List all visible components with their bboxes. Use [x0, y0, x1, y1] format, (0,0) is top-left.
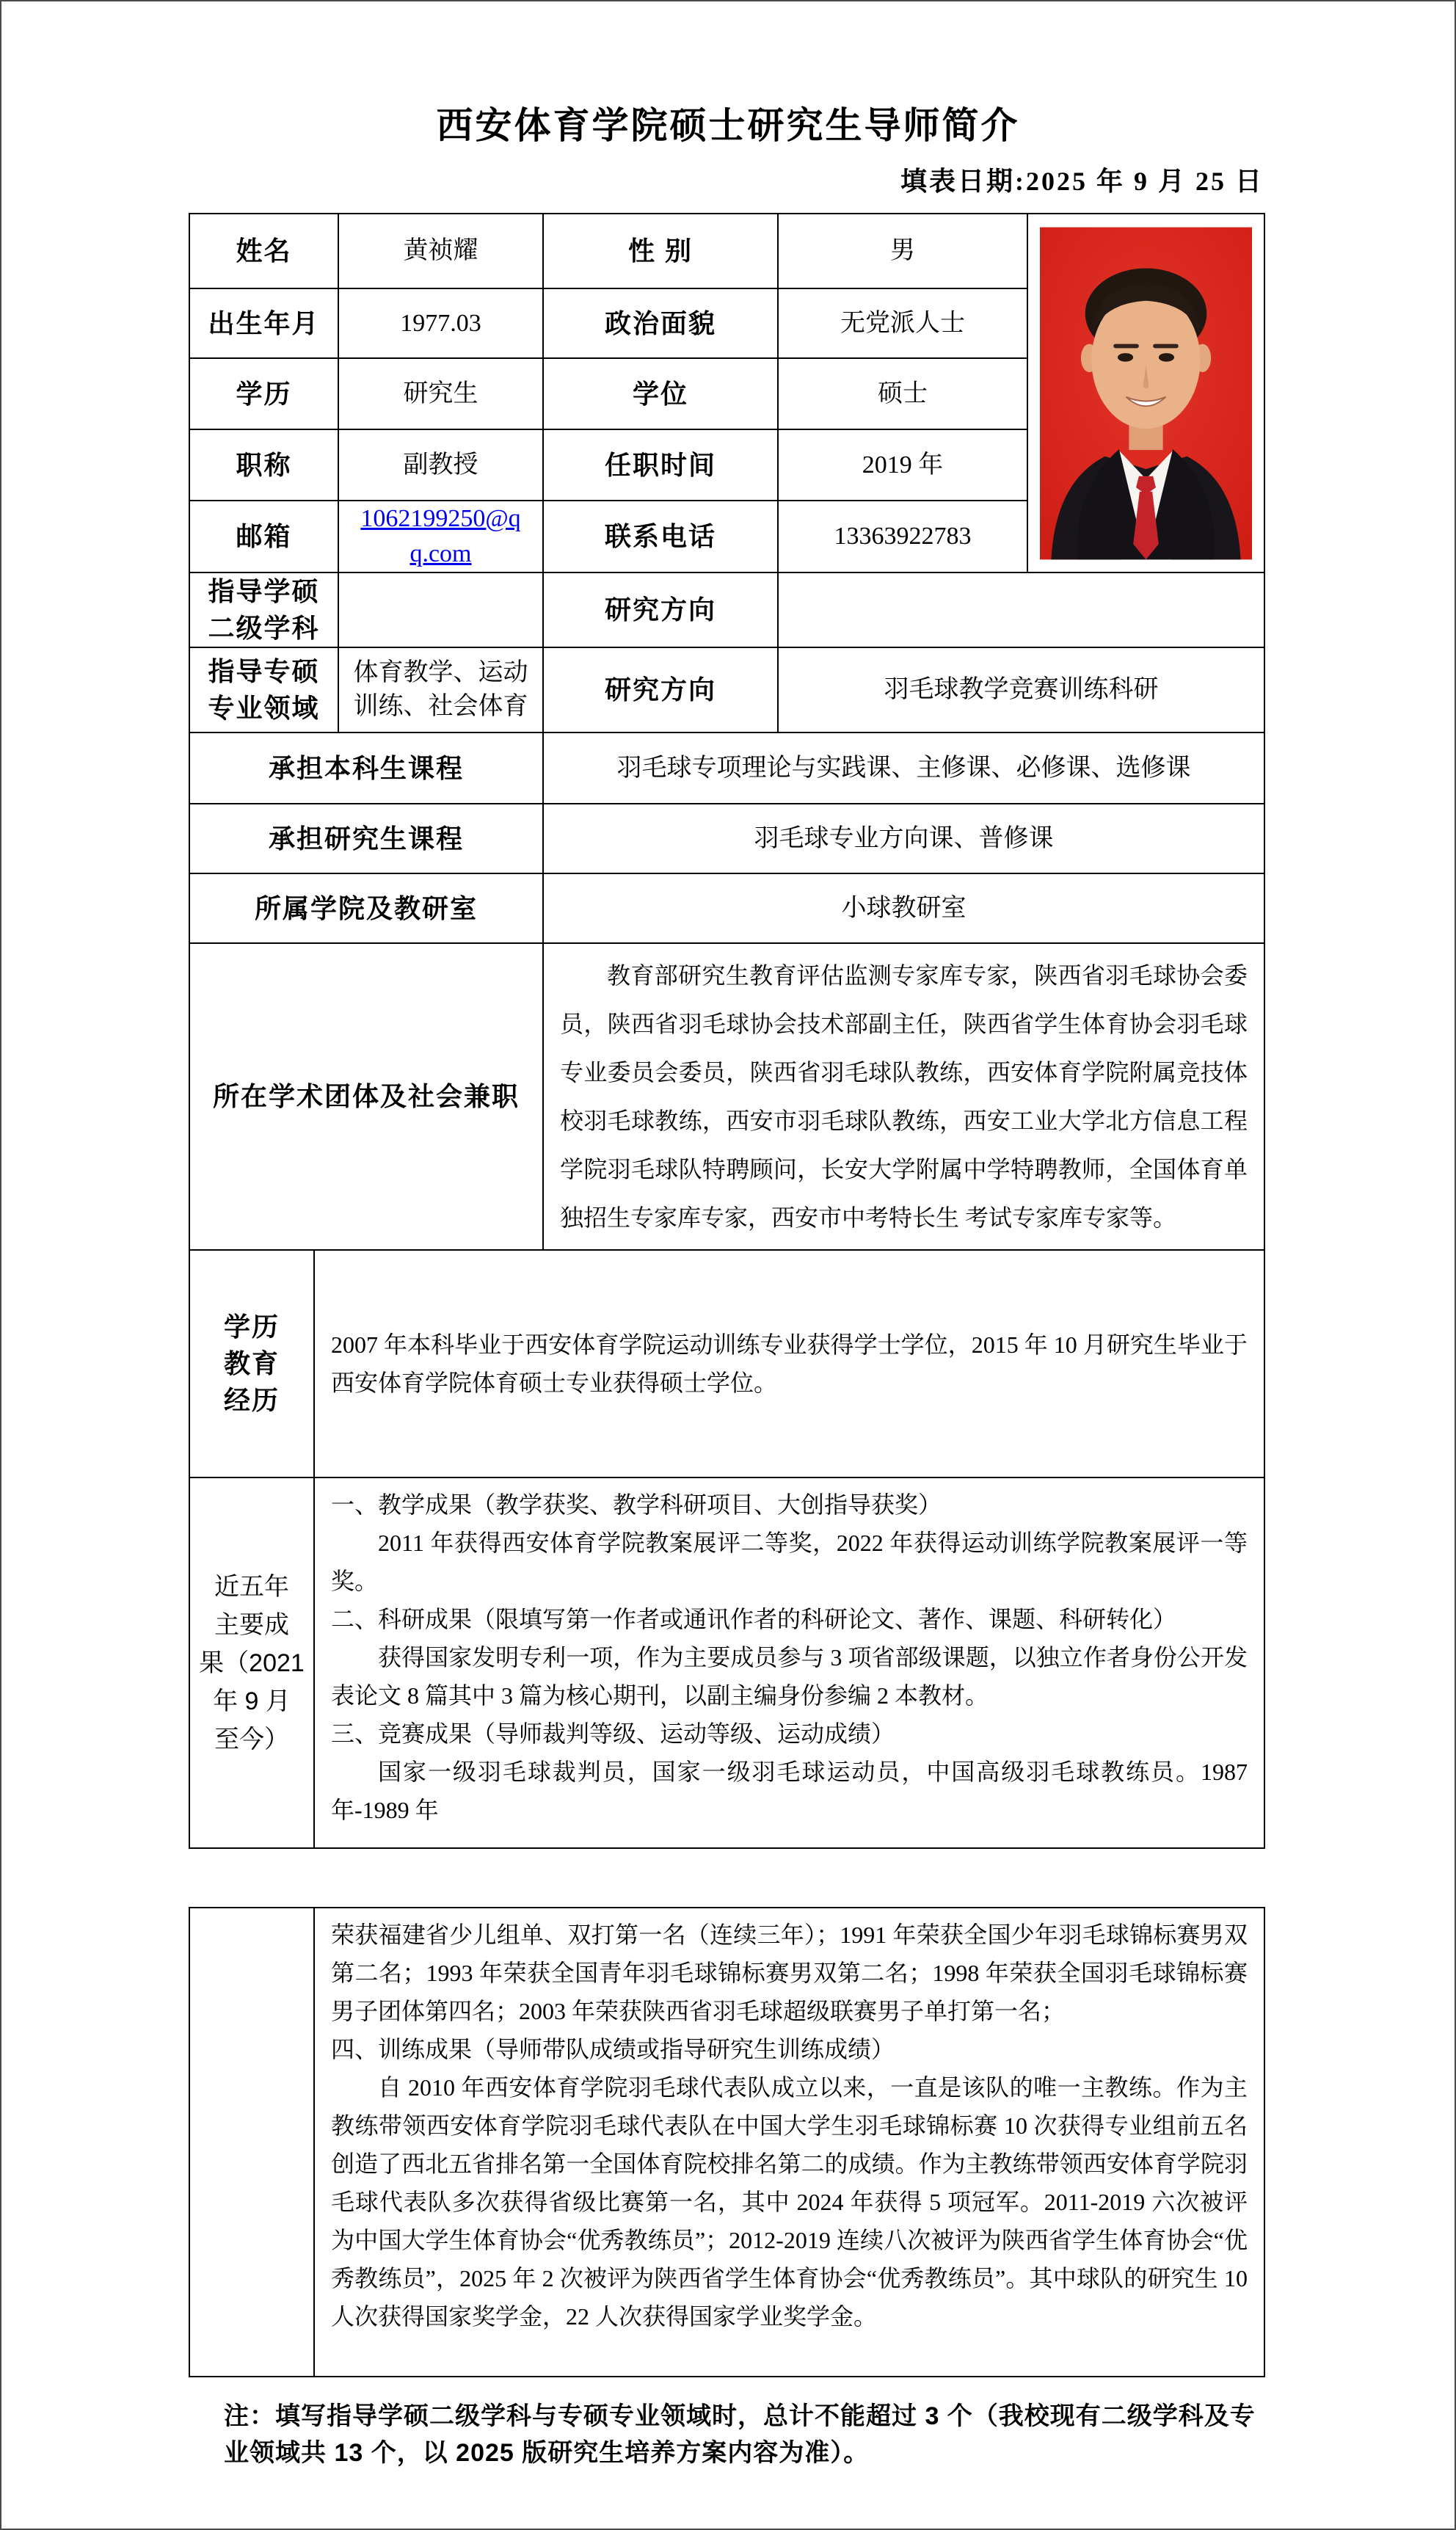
academic-discipline-label: 指导学硕 二级学科 — [189, 572, 338, 647]
footnote: 注：填写指导学硕二级学科与专硕专业领域时，总计不能超过 3 个（我校现有二级学科… — [224, 2398, 1266, 2471]
table-row: 指导专硕 专业领域 体育教学、运动训练、社会体育 研究方向 羽毛球教学竞赛训练科… — [189, 647, 1264, 733]
academic-research-value — [778, 572, 1264, 647]
professional-field-value: 体育教学、运动训练、社会体育 — [338, 647, 543, 733]
birth-label: 出生年月 — [189, 288, 338, 358]
title-value: 副教授 — [338, 429, 543, 501]
achievements-text-block: 一、教学成果（教学获奖、教学科研项目、大创指导获奖） 2011 年获得西安体育学… — [331, 1486, 1248, 1836]
table-row: 承担研究生课程 羽毛球专业方向课、普修课 — [189, 804, 1264, 873]
competition-achievements-continued: 荣获福建省少儿组单、双打第一名（连续三年）；1991 年荣获全国少年羽毛球锦标赛… — [331, 1916, 1248, 2030]
recent-achievements-label: 近五年 主要成 果（2021 年 9 月 至今） — [189, 1477, 314, 1848]
academic-discipline-value — [338, 572, 543, 647]
table-row: 近五年 主要成 果（2021 年 9 月 至今） 一、教学成果（教学获奖、教学科… — [189, 1477, 1264, 1848]
professional-field-label: 指导专硕 专业领域 — [189, 647, 338, 733]
degree-value: 硕士 — [778, 358, 1027, 429]
gender-label: 性 别 — [543, 214, 778, 288]
political-label: 政治面貌 — [543, 288, 778, 358]
undergrad-courses-value: 羽毛球专项理论与实践课、主修课、必修课、选修课 — [543, 733, 1264, 804]
teaching-achievements-body: 2011 年获得西安体育学院教案展评二等奖，2022 年获得运动训练学院教案展评… — [331, 1524, 1248, 1600]
continuation-content: 荣获福建省少儿组单、双打第一名（连续三年）；1991 年荣获全国少年羽毛球锦标赛… — [314, 1908, 1264, 2377]
phone-label: 联系电话 — [543, 501, 778, 572]
title-label: 职称 — [189, 429, 338, 501]
profile-table: 姓名 黄祯耀 性 别 男 — [189, 213, 1265, 1251]
education-history-label: 学历 教育 经历 — [189, 1250, 314, 1477]
teaching-achievements-heading: 一、教学成果（教学获奖、教学科研项目、大创指导获奖） — [331, 1486, 1248, 1524]
department-label: 所属学院及教研室 — [189, 873, 543, 943]
birth-value: 1977.03 — [338, 288, 543, 358]
portrait-photo — [1028, 215, 1264, 572]
table-row: 荣获福建省少儿组单、双打第一名（连续三年）；1991 年荣获全国少年羽毛球锦标赛… — [189, 1908, 1264, 2377]
name-label: 姓名 — [189, 214, 338, 288]
table-row: 所在学术团体及社会兼职 教育部研究生教育评估监测专家库专家，陕西省羽毛球协会委员… — [189, 943, 1264, 1250]
history-table: 学历 教育 经历 2007 年本科毕业于西安体育学院运动训练专业获得学士学位，2… — [189, 1249, 1265, 1849]
degree-label: 学位 — [543, 358, 778, 429]
table-row: 所属学院及教研室 小球教研室 — [189, 873, 1264, 943]
research-achievements-heading: 二、科研成果（限填写第一作者或通讯作者的科研论文、著作、课题、科研转化） — [331, 1600, 1248, 1638]
recent-achievements-content: 一、教学成果（教学获奖、教学科研项目、大创指导获奖） 2011 年获得西安体育学… — [314, 1477, 1264, 1848]
portrait-photo-illustration — [1040, 222, 1252, 564]
document-page: 西安体育学院硕士研究生导师简介 填表日期:2025 年 9 月 25 日 姓名 … — [0, 0, 1456, 2530]
document-content: 填表日期:2025 年 9 月 25 日 姓名 黄祯耀 性 别 男 — [189, 166, 1264, 2471]
gender-value: 男 — [778, 214, 1027, 288]
table-row: 指导学硕 二级学科 研究方向 — [189, 572, 1264, 647]
graduate-courses-value: 羽毛球专业方向课、普修课 — [543, 804, 1264, 873]
affiliations-content: 教育部研究生教育评估监测专家库专家，陕西省羽毛球协会委员，陕西省羽毛球协会技术部… — [543, 943, 1264, 1250]
training-achievements-body: 自 2010 年西安体育学院羽毛球代表队成立以来，一直是该队的唯一主教练。作为主… — [331, 2068, 1248, 2335]
professional-research-label: 研究方向 — [543, 647, 778, 733]
photo-cell — [1027, 214, 1264, 572]
table-row: 学历 教育 经历 2007 年本科毕业于西安体育学院运动训练专业获得学士学位，2… — [189, 1250, 1264, 1477]
competition-achievements-heading: 三、竞赛成果（导师裁判等级、运动等级、运动成绩） — [331, 1715, 1248, 1753]
education-value: 研究生 — [338, 358, 543, 429]
email-link[interactable]: 1062199250@qq.com — [354, 501, 527, 572]
tenure-label: 任职时间 — [543, 429, 778, 501]
training-achievements-heading: 四、训练成果（导师带队成绩或指导研究生训练成绩） — [331, 2030, 1248, 2068]
political-value: 无党派人士 — [778, 288, 1027, 358]
email-label: 邮箱 — [189, 501, 338, 572]
professional-research-value: 羽毛球教学竞赛训练科研 — [778, 647, 1264, 733]
email-cell: 1062199250@qq.com — [338, 501, 543, 572]
continuation-table: 荣获福建省少儿组单、双打第一名（连续三年）；1991 年荣获全国少年羽毛球锦标赛… — [189, 1907, 1265, 2377]
phone-value: 13363922783 — [778, 501, 1027, 572]
continuation-empty-cell — [189, 1908, 314, 2377]
affiliations-label: 所在学术团体及社会兼职 — [189, 943, 543, 1250]
page-title: 西安体育学院硕士研究生导师简介 — [1, 1, 1455, 147]
tenure-value: 2019 年 — [778, 429, 1027, 501]
undergrad-courses-label: 承担本科生课程 — [189, 733, 543, 804]
education-history-content: 2007 年本科毕业于西安体育学院运动训练专业获得学士学位，2015 年 10 … — [314, 1250, 1264, 1477]
page-break-gap — [189, 1849, 1264, 1907]
table-row: 姓名 黄祯耀 性 别 男 — [189, 214, 1264, 288]
competition-achievements-body: 国家一级羽毛球裁判员，国家一级羽毛球运动员，中国高级羽毛球教练员。1987 年-… — [331, 1753, 1248, 1829]
name-value: 黄祯耀 — [338, 214, 543, 288]
fill-date: 填表日期:2025 年 9 月 25 日 — [189, 166, 1264, 197]
graduate-courses-label: 承担研究生课程 — [189, 804, 543, 873]
education-label: 学历 — [189, 358, 338, 429]
academic-research-label: 研究方向 — [543, 572, 778, 647]
table-row: 承担本科生课程 羽毛球专项理论与实践课、主修课、必修课、选修课 — [189, 733, 1264, 804]
department-value: 小球教研室 — [543, 873, 1264, 943]
research-achievements-body: 获得国家发明专利一项，作为主要成员参与 3 项省部级课题，以独立作者身份公开发表… — [331, 1638, 1248, 1715]
